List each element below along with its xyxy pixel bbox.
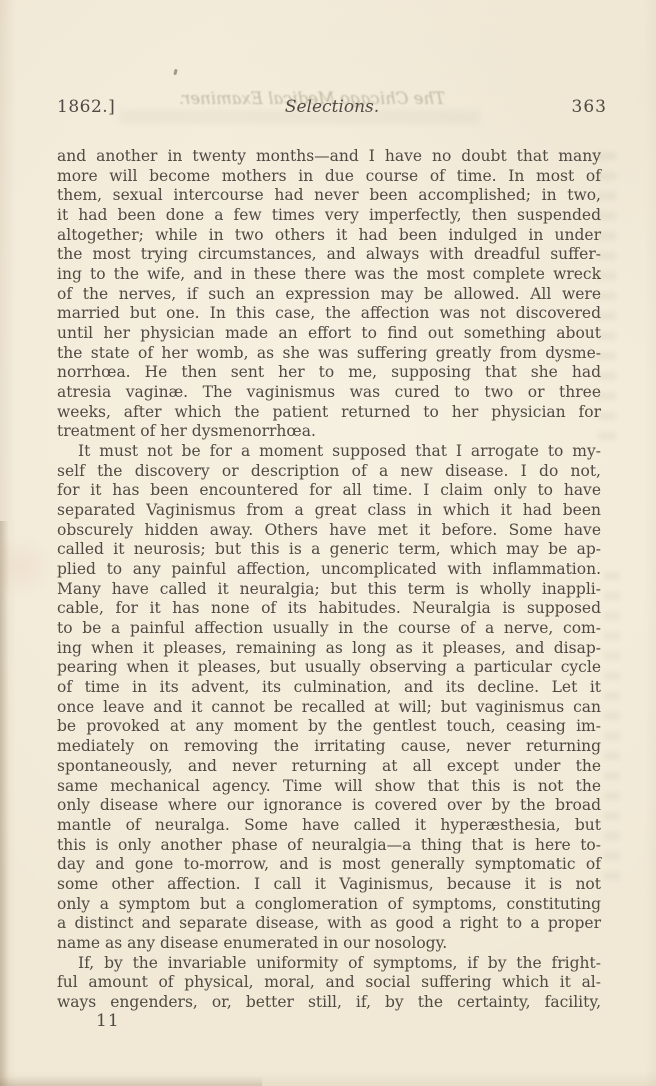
- text-line: weeks, after which the patient returned …: [57, 403, 601, 423]
- text-line: obscurely hidden away. Others have met i…: [57, 521, 601, 541]
- page-bottom-shadow: [0, 1076, 262, 1086]
- text-line: separated Vaginismus from a great class …: [57, 501, 601, 521]
- text-line: married but one. In this case, the affec…: [57, 304, 601, 324]
- paragraph: If, by the invariable uniformity of symp…: [57, 954, 601, 1013]
- text-line: some other affection. I call it Vaginism…: [57, 875, 601, 895]
- text-line: It must not be for a moment supposed tha…: [57, 442, 601, 462]
- text-line: treatment of her dysmenorrhœa.: [57, 422, 601, 442]
- text-line: atresia vaginæ. The vaginismus was cured…: [57, 383, 601, 403]
- text-line: mantle of neuralga. Some have called it …: [57, 816, 601, 836]
- text-line: spontaneously, and never returning at al…: [57, 757, 601, 777]
- text-line: If, by the invariable uniformity of symp…: [57, 954, 601, 974]
- text-line: and another in twenty months—and I have …: [57, 147, 601, 167]
- text-line: the most trying circumstances, and alway…: [57, 245, 601, 265]
- text-line: a distinct and separate disease, with as…: [57, 914, 601, 934]
- text-line: this is only another phase of neuralgia—…: [57, 836, 601, 856]
- text-line: until her physician made an effort to fi…: [57, 324, 601, 344]
- text-line: mediately on removing the irritating cau…: [57, 737, 601, 757]
- text-line: of the nerves, if such an expression may…: [57, 285, 601, 305]
- paragraph: and another in twenty months—and I have …: [57, 147, 601, 442]
- text-line: Many have called it neuralgia; but this …: [57, 580, 601, 600]
- text-line: only disease where our ignorance is cove…: [57, 796, 601, 816]
- text-line: ways engenders, or, better still, if, by…: [57, 993, 601, 1013]
- running-title: Selections.: [57, 97, 607, 117]
- stray-ink-mark: [173, 69, 177, 76]
- text-line: more will become mothers in due course o…: [57, 167, 601, 187]
- text-line: it had been done a few times very imperf…: [57, 206, 601, 226]
- signature-mark: 11: [96, 1011, 120, 1031]
- showthrough-smudge: [604, 560, 620, 880]
- text-line: name as any disease enumerated in our no…: [57, 934, 601, 954]
- text-line: altogether; while in two others it had b…: [57, 226, 601, 246]
- text-line: only a symptom but a conglomeration of s…: [57, 895, 601, 915]
- text-line: be provoked at any moment by the gentles…: [57, 717, 601, 737]
- text-line: ing to the wife, and in these there was …: [57, 265, 601, 285]
- text-line: the state of her womb, as she was suffer…: [57, 344, 601, 364]
- text-line: of time in its advent, its culmination, …: [57, 678, 601, 698]
- text-line: ing when it pleases, remaining as long a…: [57, 639, 601, 659]
- text-line: day and gone to-morrow, and is most gene…: [57, 855, 601, 875]
- text-line: plied to any painful affection, uncompli…: [57, 560, 601, 580]
- page-number: 363: [572, 97, 607, 117]
- text-line: them, sexual intercourse had never been …: [57, 186, 601, 206]
- text-line: once leave and it cannot be recalled at …: [57, 698, 601, 718]
- text-line: norrhœa. He then sent her to me, supposi…: [57, 363, 601, 383]
- text-line: pearing when it pleases, but usually obs…: [57, 658, 601, 678]
- paragraph: It must not be for a moment supposed tha…: [57, 442, 601, 953]
- text-line: same mechanical agency. Time will show t…: [57, 777, 601, 797]
- text-line: for it has been encountered for all time…: [57, 481, 601, 501]
- page-edge-shadow: [0, 521, 9, 1086]
- text-line: cable, for it has none of its habitudes.…: [57, 599, 601, 619]
- text-line: self the discovery or description of a n…: [57, 462, 601, 482]
- text-line: to be a painful affection usually in the…: [57, 619, 601, 639]
- body-text: and another in twenty months—and I have …: [57, 147, 601, 1013]
- text-line: called it neurosis; but this is a generi…: [57, 540, 601, 560]
- book-page: The Chicago Medical Examiner. 1862.] Sel…: [0, 0, 656, 1086]
- text-line: ful amount of physical, moral, and socia…: [57, 973, 601, 993]
